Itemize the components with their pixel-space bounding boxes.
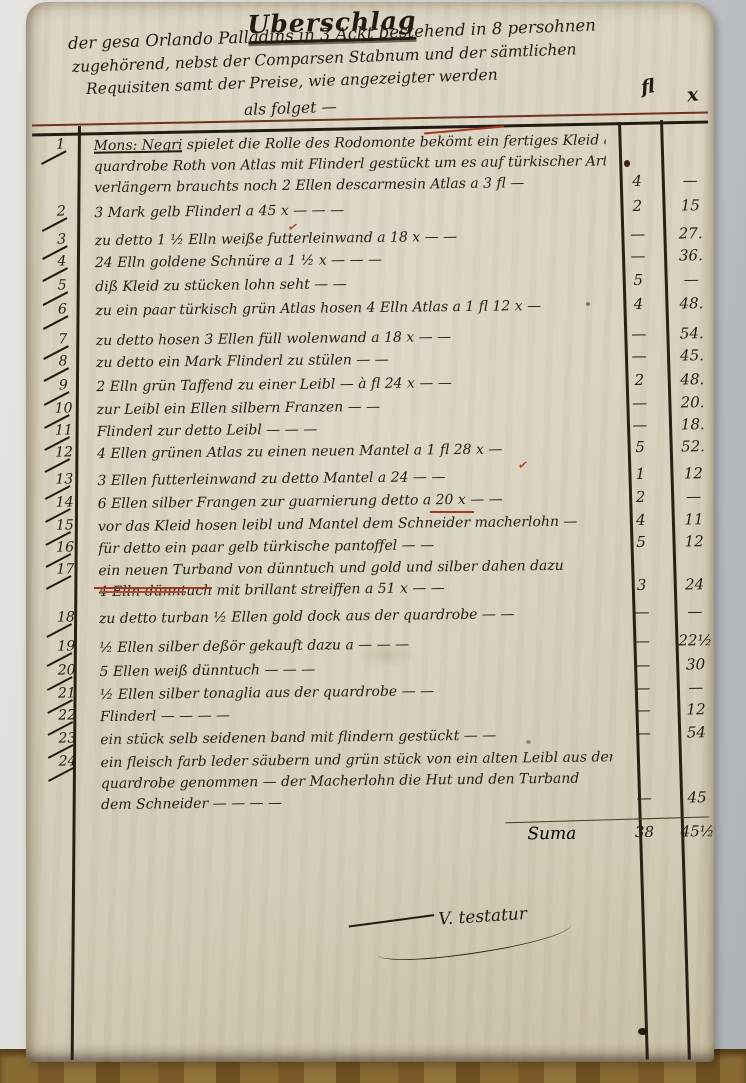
row-text: 5 Ellen weiß dünntuch — — —: [99, 656, 611, 683]
amount-fl: 2: [618, 197, 656, 215]
row-number: 5: [45, 277, 79, 293]
row-text-line: Flinderl — — — —: [100, 701, 612, 728]
amount-fl: —: [619, 225, 657, 243]
row-number: 13: [47, 471, 81, 487]
amount-x: 45: [673, 788, 721, 807]
table-row: 3 zu detto 1 ½ Elln weiße futterleinwand…: [29, 224, 717, 232]
table-row: 18 zu detto turban ½ Ellen gold dock aus…: [33, 602, 721, 610]
row-text-line: 4 Elln dünntuch mit brillant streiffen a…: [99, 576, 611, 603]
row-text-line: 5 Ellen weiß dünntuch — — —: [99, 656, 611, 683]
table-row: 1 Mons: Negri spielet die Rolle des Rodo…: [28, 129, 716, 137]
amount-fl: —: [624, 701, 662, 719]
row-text-line: diß Kleid zu stücken lohn seht — —: [95, 271, 607, 298]
amount-x: 12: [669, 464, 717, 483]
row-number: 18: [49, 609, 83, 625]
row-number: 20: [49, 662, 83, 678]
row-number: 24: [51, 753, 85, 769]
amount-fl: 5: [619, 271, 657, 289]
row-text: 3 Mark gelb Flinderl a 45 x — — —: [94, 197, 606, 224]
row-number: 16: [48, 539, 82, 555]
row-text-line: zu detto turban ½ Ellen gold dock aus de…: [99, 603, 611, 630]
row-number: 2: [44, 203, 78, 219]
rows-layer: Suma 38 45½ V. testatur 1 Mons: Negri sp…: [26, 0, 726, 1066]
amount-fl: —: [619, 247, 657, 265]
amount-fl: 2: [622, 488, 660, 506]
row-text: ein fleisch farb leder säubern und grün …: [101, 747, 614, 816]
amount-fl: 4: [619, 295, 657, 313]
amount-fl: —: [623, 656, 661, 674]
row-text: 2 Elln grün Taffend zu einer Leibl — à f…: [96, 371, 608, 398]
amount-x: 22½: [671, 631, 719, 650]
table-row: 19 ½ Ellen silber deßör gekauft dazu a —…: [33, 631, 721, 639]
amount-fl: 2: [620, 371, 658, 389]
suma-amount-fl: 38: [625, 823, 663, 841]
amount-fl: —: [624, 679, 662, 697]
amount-fl: —: [625, 789, 663, 807]
row-number: 14: [48, 494, 82, 510]
ink-speck: [526, 740, 531, 744]
amount-fl: 4: [618, 172, 656, 190]
row-text: Flinderl — — — —: [100, 701, 612, 728]
table-row: 13 3 Ellen futterleinwand zu detto Mante…: [31, 464, 719, 472]
row-number: 22: [50, 707, 84, 723]
amount-x: 48.: [668, 370, 716, 389]
amount-x: —: [672, 678, 720, 697]
amount-x: 48.: [667, 294, 715, 313]
amount-fl: —: [623, 632, 661, 650]
amount-x: —: [671, 602, 719, 621]
red-underline-row17-b: [100, 591, 186, 593]
row-text: zu detto turban ½ Ellen gold dock aus de…: [99, 603, 611, 630]
paper-stain: [356, 642, 416, 668]
row-text: 6 Ellen silber Frangen zur guarnierung d…: [98, 488, 610, 515]
row-number: 11: [47, 422, 81, 438]
row-text-line: 6 Ellen silber Frangen zur guarnierung d…: [98, 488, 610, 515]
suma-row: Suma 38 45½: [35, 822, 723, 830]
amount-x: 20.: [668, 393, 716, 412]
row-number: 8: [46, 353, 80, 369]
row-text: zu detto ein Mark Flinderl zu stülen — —: [96, 347, 608, 374]
ink-speck: [586, 302, 590, 306]
ink-speck: [638, 1028, 647, 1035]
row-text: ein stück selb seidenen band mit flinder…: [100, 724, 612, 751]
manuscript-page: Uberschlag der gesa Orlando Palladins in…: [26, 2, 714, 1062]
row-text: 24 Elln goldene Schnüre a 1 ½ x — — —: [95, 247, 607, 274]
signature-dash: [349, 914, 434, 927]
amount-x: 11: [670, 510, 718, 529]
amount-x: 36.: [667, 246, 715, 265]
row-number: 15: [48, 517, 82, 533]
red-underline-row14: [430, 511, 474, 513]
row-number: 9: [46, 377, 80, 393]
amount-fl: 5: [621, 438, 659, 456]
amount-fl: —: [621, 416, 659, 434]
row-text: 3 Ellen futterleinwand zu detto Mantel a…: [97, 465, 609, 492]
row-number: 1: [44, 136, 78, 152]
row-text: 4 Ellen grünen Atlas zu einen neuen Mant…: [97, 438, 609, 465]
amount-x: 12: [670, 532, 718, 551]
ink-speck: [624, 160, 630, 167]
row-number: 23: [50, 730, 84, 746]
amount-fl: 5: [622, 533, 660, 551]
amount-fl: —: [620, 394, 658, 412]
row-text-line: zu detto ein Mark Flinderl zu stülen — —: [96, 347, 608, 374]
row-number: 19: [49, 638, 83, 654]
row-number: 12: [47, 444, 81, 460]
red-underline-row17: [94, 587, 212, 589]
row-text-line: dem Schneider — — — —: [101, 789, 613, 816]
row-text: zu ein paar türkisch grün Atlas hosen 4 …: [95, 295, 607, 322]
scanned-manuscript-photo: Uberschlag der gesa Orlando Palladins in…: [0, 0, 746, 1083]
row-number: 21: [50, 685, 84, 701]
row-number: 4: [45, 253, 79, 269]
row-number: 6: [45, 301, 79, 317]
table-row: 7 zu detto hosen 3 Ellen füll wolenwand …: [30, 324, 718, 332]
row-text-line: 24 Elln goldene Schnüre a 1 ½ x — — —: [95, 247, 607, 274]
amount-fl: —: [624, 724, 662, 742]
amount-x: 54.: [668, 324, 716, 343]
row-text-line: zu ein paar türkisch grün Atlas hosen 4 …: [95, 295, 607, 322]
amount-x: 15: [666, 196, 714, 215]
amount-x: 54: [672, 723, 720, 742]
row-number: 3: [45, 231, 79, 247]
amount-x: 12: [672, 700, 720, 719]
amount-x: 52.: [669, 437, 717, 456]
amount-x: 30: [671, 655, 719, 674]
amount-x: —: [667, 270, 715, 289]
amount-fl: —: [623, 603, 661, 621]
amount-x: —: [670, 487, 718, 506]
row-text-line: 3 Ellen futterleinwand zu detto Mantel a…: [97, 465, 609, 492]
amount-x: 18.: [669, 415, 717, 434]
amount-fl: 4: [622, 511, 660, 529]
amount-x: —: [666, 171, 714, 190]
amount-x: 24: [671, 575, 719, 594]
row-text: ein neuen Turband von dünntuch und gold …: [98, 555, 610, 603]
amount-fl: —: [620, 325, 658, 343]
row-number: 7: [46, 331, 80, 347]
row-number: 10: [47, 400, 81, 416]
amount-x: 45.: [668, 346, 716, 365]
amount-fl: 3: [623, 576, 661, 594]
row-text-line: 2 Elln grün Taffend zu einer Leibl — à f…: [96, 371, 608, 398]
amount-x: 27.: [667, 224, 715, 243]
amount-fl: —: [620, 347, 658, 365]
row-text: Mons: Negri spielet die Rolle des Rodomo…: [94, 130, 607, 199]
suma-amount-x: 45½: [673, 822, 721, 841]
amount-fl: 1: [621, 465, 659, 483]
row-text-line: 3 Mark gelb Flinderl a 45 x — — —: [94, 197, 606, 224]
row-text-line: 4 Ellen grünen Atlas zu einen neuen Mant…: [97, 438, 609, 465]
row-number: 17: [48, 561, 82, 577]
row-text-line: verlängern brauchts noch 2 Ellen descarm…: [94, 172, 606, 199]
row-text: diß Kleid zu stücken lohn seht — —: [95, 271, 607, 298]
row-text-line: ein stück selb seidenen band mit flinder…: [100, 724, 612, 751]
suma-label: Suma: [527, 824, 576, 845]
